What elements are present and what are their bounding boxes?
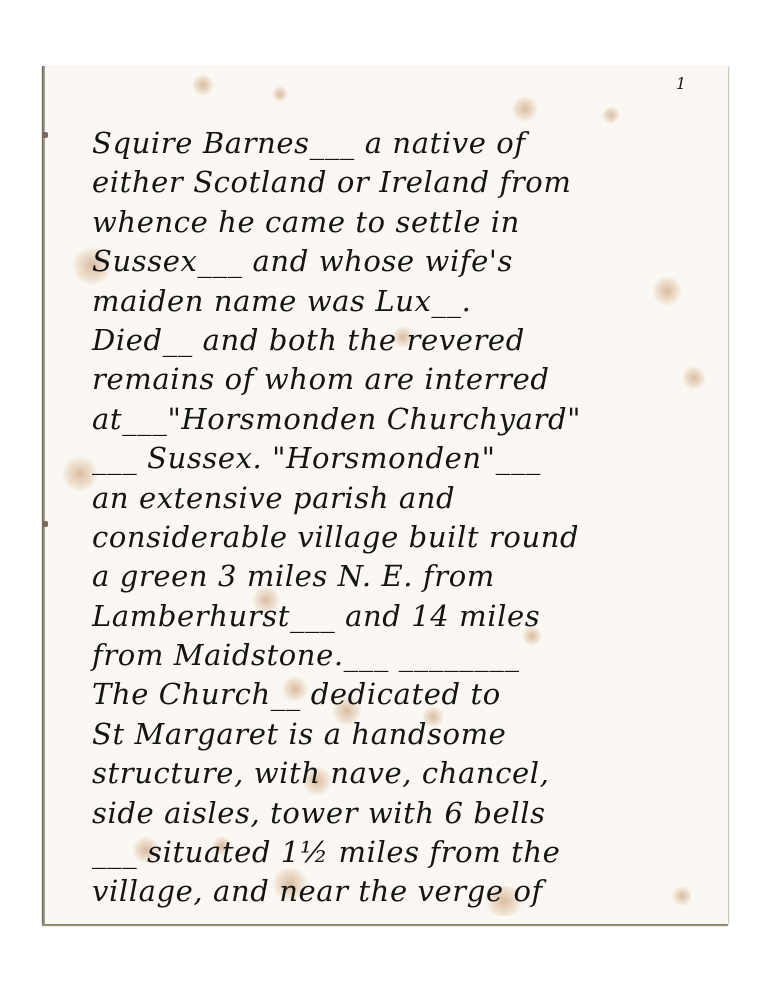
binding-stitch [42,132,48,138]
text-line: St Margaret is a handsome [92,715,722,754]
text-line: The Church__ dedicated to [92,675,722,714]
foxing-spot [192,74,214,96]
binding-stitch [42,521,48,527]
text-line: Sussex___ and whose wife's [92,242,722,281]
foxing-spot [272,86,288,102]
text-line: ___ Sussex. "Horsmonden"___ [92,439,722,478]
text-line: Died__ and both the revered [92,321,722,360]
text-line: an extensive parish and [92,479,722,518]
text-line: Lamberhurst___ and 14 miles [92,597,722,636]
text-line: at___"Horsmonden Churchyard" [92,400,722,439]
page-number: 1 [676,74,686,93]
text-line: Squire Barnes___ a native of [92,124,722,163]
text-line: ___ situated 1½ miles from the [92,833,722,872]
text-line: a green 3 miles N. E. from [92,557,722,596]
page-binding-edge [42,66,45,924]
text-line: either Scotland or Ireland from [92,163,722,202]
manuscript-page: 1 Squire Barnes___ a native of either Sc… [42,66,728,924]
text-line: whence he came to settle in [92,203,722,242]
text-line: from Maidstone.___ ________ [92,636,722,675]
foxing-spot [602,106,620,124]
text-line: maiden name was Lux__. [92,282,722,321]
text-line: side aisles, tower with 6 bells [92,794,722,833]
text-line: village, and near the verge of [92,872,722,911]
text-line: structure, with nave, chancel, [92,754,722,793]
text-line: remains of whom are interred [92,360,722,399]
handwritten-text-block: Squire Barnes___ a native of either Scot… [92,124,722,912]
text-line: considerable village built round [92,518,722,557]
foxing-spot [512,96,538,122]
